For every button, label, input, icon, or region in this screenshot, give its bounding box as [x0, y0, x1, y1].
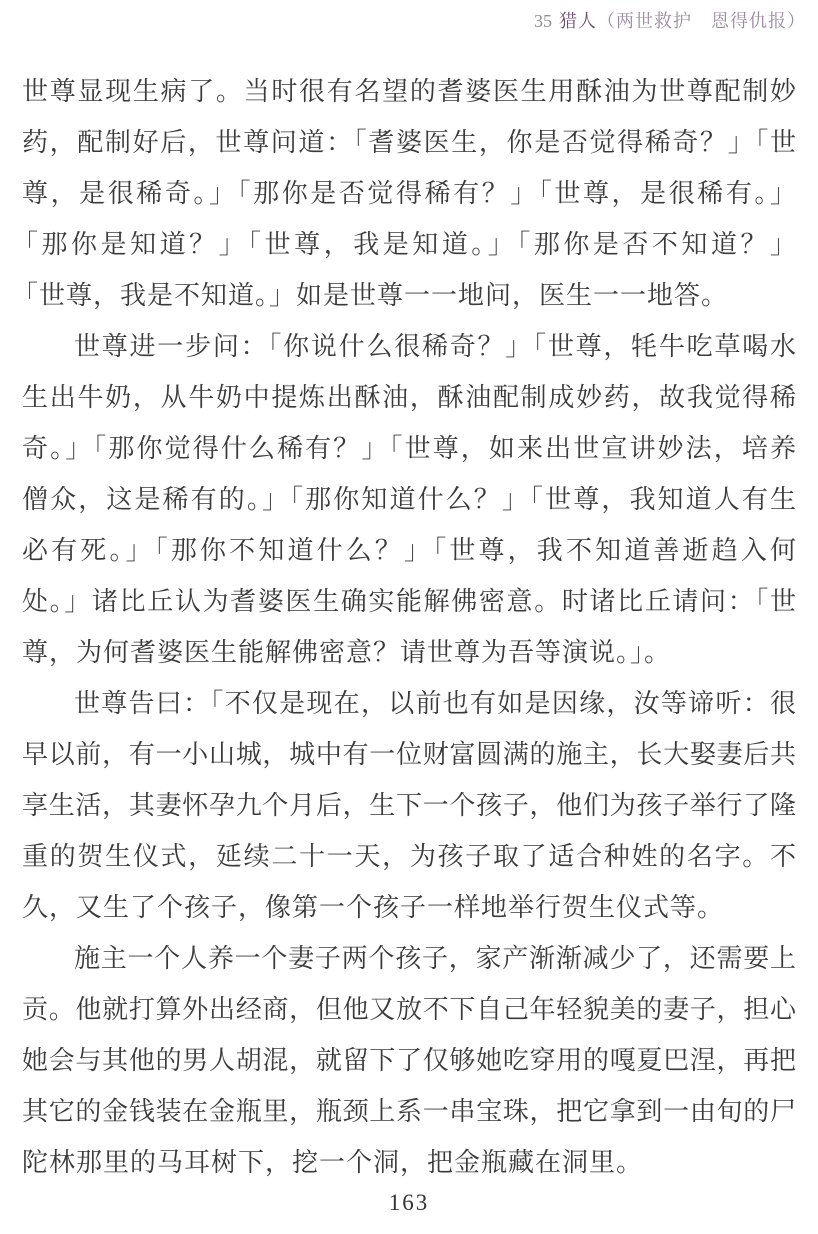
- text-line: 僧众，这是稀有的。」「那你知道什么？」「世尊，我知道人有生: [22, 474, 796, 525]
- text-line: 其它的金钱装在金瓶里，瓶颈上系一串宝珠，把它拿到一由旬的尸: [22, 1086, 796, 1137]
- text-line: 世尊显现生病了。当时很有名望的耆婆医生用酥油为世尊配制妙: [22, 66, 796, 117]
- text-line: 生出牛奶，从牛奶中提炼出酥油，酥油配制成妙药，故我觉得稀: [22, 372, 796, 423]
- text-line: 药，配制好后，世尊问道：「耆婆医生，你是否觉得稀奇？」「世: [22, 117, 796, 168]
- text-line: 世尊告曰：「不仅是现在，以前也有如是因缘，汝等谛听：很: [22, 678, 796, 729]
- running-header: 35猎人（两世救护 恩得仇报）: [534, 7, 806, 33]
- text-line: 尊，为何耆婆医生能解佛密意？请世尊为吾等演说。」。: [22, 627, 796, 678]
- chapter-subtitle: （两世救护 恩得仇报）: [597, 11, 806, 31]
- text-line: 世尊进一步问：「你说什么很稀奇？」「世尊，牦牛吃草喝水: [22, 321, 796, 372]
- chapter-title: 猎人: [559, 11, 597, 31]
- page-body: 世尊显现生病了。当时很有名望的耆婆医生用酥油为世尊配制妙药，配制好后，世尊问道：…: [22, 66, 796, 1188]
- text-line: 奇。」「那你觉得什么稀有？」「世尊，如来出世宣讲妙法，培养: [22, 423, 796, 474]
- text-line: 施主一个人养一个妻子两个孩子，家产渐渐减少了，还需要上: [22, 933, 796, 984]
- text-line: 贡。他就打算外出经商，但他又放不下自己年轻貌美的妻子，担心: [22, 984, 796, 1035]
- text-line: 久，又生了个孩子，像第一个孩子一样地举行贺生仪式等。: [22, 882, 796, 933]
- text-line: 享生活，其妻怀孕九个月后，生下一个孩子，他们为孩子举行了隆: [22, 780, 796, 831]
- text-line: 「那你是知道？」「世尊，我是知道。」「那你是否不知道？」: [12, 219, 796, 270]
- text-line: 早以前，有一小山城，城中有一位财富圆满的施主，长大娶妻后共: [22, 729, 796, 780]
- text-line: 必有死。」「那你不知道什么？」「世尊，我不知道善逝趋入何: [22, 525, 796, 576]
- text-line: 陀林那里的马耳树下，挖一个洞，把金瓶藏在洞里。: [22, 1137, 796, 1188]
- text-line: 她会与其他的男人胡混，就留下了仅够她吃穿用的嘎夏巴涅，再把: [22, 1035, 796, 1086]
- text-line: 「世尊，我是不知道。」如是世尊一一地问，医生一一地答。: [12, 270, 796, 321]
- text-line: 处。」诸比丘认为耆婆医生确实能解佛密意。时诸比丘请问：「世: [22, 576, 796, 627]
- chapter-number: 35: [534, 11, 552, 31]
- page-number: 163: [389, 1190, 430, 1215]
- text-line: 尊，是很稀奇。」「那你是否觉得稀有？」「世尊，是很稀有。」: [22, 168, 796, 219]
- page-footer: 163: [0, 1190, 818, 1216]
- text-line: 重的贺生仪式，延续二十一天，为孩子取了适合种姓的名字。不: [22, 831, 796, 882]
- book-page: 35猎人（两世救护 恩得仇报） 世尊显现生病了。当时很有名望的耆婆医生用酥油为世…: [0, 0, 818, 1234]
